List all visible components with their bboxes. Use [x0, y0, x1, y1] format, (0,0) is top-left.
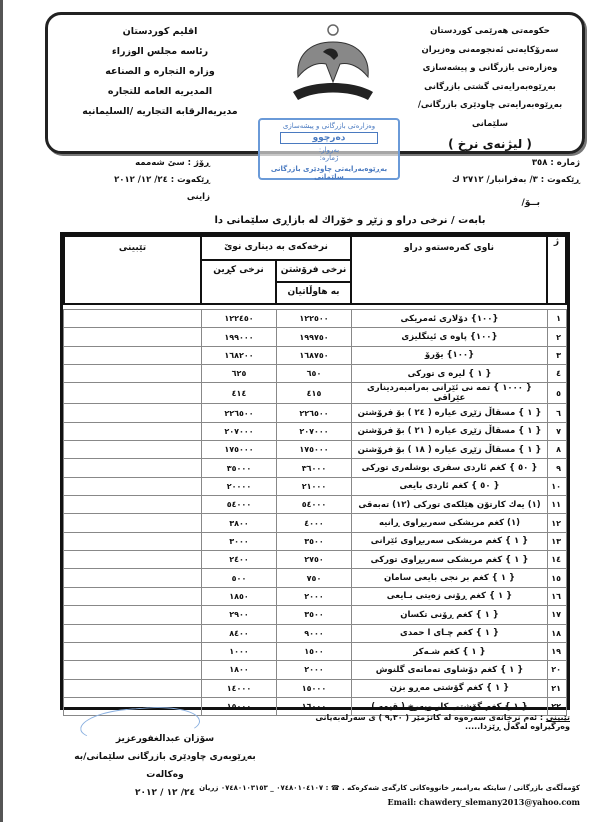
row-number: ١ — [548, 310, 567, 328]
row-note — [64, 365, 202, 383]
sell-price: ٣٥٠٠ — [277, 606, 352, 624]
sell-price: ٤٠٠٠ — [277, 514, 352, 532]
sell-price: ٢٢٦٥٠٠ — [277, 404, 352, 422]
buy-price: ٥٤٠٠٠ — [202, 496, 277, 514]
stamp-number-label: ژمارە: — [260, 154, 398, 162]
footnote: تێبینی : ئەم نرخانەی سەرەوە لە کاتژمێر (… — [280, 713, 570, 731]
table-row: ١٢(١) کغم مریشکی سەربڕاوی ڕانیە٤٠٠٠٣٨٠٠ — [64, 514, 567, 532]
item-name: {١٠٠} یۆرۆ — [352, 346, 548, 364]
sell-price: ٩٠٠٠ — [277, 624, 352, 642]
table-row: ٢١{ ١ } کغم گۆشتی مەڕو بزن١٥٠٠٠١٤٠٠٠ — [64, 679, 567, 697]
row-number: ٦ — [548, 404, 567, 422]
kurdish-date: ڕێکەوت : ٣/ بەفرانبار/ ٢٧١٢ ك — [400, 172, 580, 189]
table-row: ٢{١٠٠} پاوە ی ئینگلیزی١٩٩٧٥٠١٩٩٠٠٠ — [64, 328, 567, 346]
table-row: ١٠{ ٥٠ } کغم ئاردی بایعی٢١٠٠٠٢٠٠٠٠ — [64, 477, 567, 495]
sell-price: ٣٦٠٠٠ — [277, 459, 352, 477]
table-row: ١٦{ ١ } کغم ڕۆنی زەیتی بـایعی٢٠٠٠١٨٥٠ — [64, 587, 567, 605]
price-table-header: ژ ناوی کەرەستەو دراو نرخەکەی بە دیناری ن… — [63, 235, 567, 305]
buy-price: ١٦٨٢٠٠ — [202, 346, 277, 364]
sell-price: ١٦٨٧٥٠ — [277, 346, 352, 364]
row-number: ١٣ — [548, 532, 567, 550]
row-number: ٩ — [548, 459, 567, 477]
row-note — [64, 624, 202, 642]
buy-price: ١٢٢٤٥٠ — [202, 310, 277, 328]
sell-price: ١٩٩٧٥٠ — [277, 328, 352, 346]
buy-price: ١٤٠٠٠ — [202, 679, 277, 697]
row-note — [64, 569, 202, 587]
sell-price: ١٢٢٥٠٠ — [277, 310, 352, 328]
letterhead-line: حکومەتی هەرێمی کوردستان — [405, 22, 575, 41]
row-note — [64, 328, 202, 346]
row-number: ٢١ — [548, 679, 567, 697]
row-number: ٥ — [548, 383, 567, 404]
reference-block-right: ژمارە : ٣٥٨ ڕێکەوت : ٣/ بەفرانبار/ ٢٧١٢ … — [400, 155, 580, 189]
row-number: ١٩ — [548, 642, 567, 660]
item-name: { ١٠٠٠ } تمە نی ئێرانی بەرامبەردیناری عێ… — [352, 383, 548, 404]
table-row: ١١(١) یەك كارتۆن هێلکەی تورکی (١٢) تەبەق… — [64, 496, 567, 514]
price-table-body: ١{١٠٠} دۆلاری ئەمریکی١٢٢٥٠٠١٢٢٤٥٠٢{١٠٠} … — [63, 309, 567, 716]
table-row: ١٤{ ١ } کغم مریشکی سەربڕاوی تورکی٢٧٥٠٢٤٠… — [64, 551, 567, 569]
buy-price: ١٧٥٠٠٠ — [202, 441, 277, 459]
letterhead-line: وزاره التجاره و الصناعه — [80, 62, 240, 82]
header-note: تێبینی — [64, 236, 201, 304]
row-number: ١٢ — [548, 514, 567, 532]
table-row: ٨{ ١ } مسقاڵ زێڕی عیارە ( ١٨ ) بۆ فرۆشتن… — [64, 441, 567, 459]
sell-price: ٣٥٠٠ — [277, 532, 352, 550]
header-price-group: نرخەکەی بە دیناری نوێ — [201, 236, 351, 260]
table-row: ١٧{ ١ } کغم ڕۆنی تکسان٣٥٠٠٢٩٠٠ — [64, 606, 567, 624]
table-row: ٢٠{ ١ } کغم دۆشاوی تەماتەی گلنوش٢٠٠٠١٨٠٠ — [64, 661, 567, 679]
row-note — [64, 551, 202, 569]
addressee-line: بــۆ/ — [420, 198, 540, 208]
footnote-text: : ئەم نرخانەی سەرەوە لە کاتژمێر ( ٩,٣٠ )… — [315, 713, 570, 731]
row-number: ١١ — [548, 496, 567, 514]
item-name: { ١ } کغم بر نجی بایعی سامان — [352, 569, 548, 587]
subject-line: بابەت / نرخی دراو و زێڕ و خۆراك لە بازاڕ… — [150, 215, 550, 226]
item-name: (١) کغم مریشکی سەربڕاوی ڕانیە — [352, 514, 548, 532]
buy-price: ٣٥٠٠٠ — [202, 459, 277, 477]
row-note — [64, 441, 202, 459]
letterhead-arabic: اقليم كوردستان رئاسه مجلس الوزراء وزاره … — [80, 22, 240, 122]
buy-price: ١٩٩٠٠٠ — [202, 328, 277, 346]
sell-price: ٢٠٠٠ — [277, 661, 352, 679]
row-number: ٧ — [548, 422, 567, 440]
table-row: ٣{١٠٠} یۆرۆ١٦٨٧٥٠١٦٨٢٠٠ — [64, 346, 567, 364]
buy-price: ٢٩٠٠ — [202, 606, 277, 624]
footer-address: کۆمەڵگەی بازرگانی / سایتکە بەرامبەر خانو… — [250, 784, 580, 792]
buy-price: ١٨٠٠ — [202, 661, 277, 679]
row-number: ١٠ — [548, 477, 567, 495]
row-note — [64, 310, 202, 328]
row-note — [64, 514, 202, 532]
header-buy-price: نرخی کڕین — [201, 260, 276, 304]
buy-price: ٢٠٠٠٠ — [202, 477, 277, 495]
sell-price: ١٧٥٠٠٠ — [277, 441, 352, 459]
table-row: ٧{ ١ } مسقاڵ زێڕی عیارە ( ٢١ ) بۆ فرۆشتن… — [64, 422, 567, 440]
sell-price: ٢٠٠٠ — [277, 587, 352, 605]
sell-price: ٦٥٠ — [277, 365, 352, 383]
item-name: { ١ } مسقاڵ زێڕی عیارە ( ٢٤ ) بۆ فرۆشتن — [352, 404, 548, 422]
reference-number: ژمارە : ٣٥٨ — [400, 155, 580, 172]
kurdistan-emblem-icon — [288, 22, 378, 102]
buy-price: ٢٢٦٥٠٠ — [202, 404, 277, 422]
letterhead-line: وەزارەتی بازرگانی و پیشەسازی — [405, 59, 575, 78]
row-note — [64, 679, 202, 697]
stamp-top: وەزارەتی بازرگانی و پیشەسازی — [260, 122, 398, 130]
buy-price: ٦٢٥ — [202, 365, 277, 383]
table-row: ٦{ ١ } مسقاڵ زێڕی عیارە ( ٢٤ ) بۆ فرۆشتن… — [64, 404, 567, 422]
row-number: ٢ — [548, 328, 567, 346]
item-name: {١٠٠} دۆلاری ئەمریکی — [352, 310, 548, 328]
row-number: ٢٠ — [548, 661, 567, 679]
row-note — [64, 383, 202, 404]
header-item-name: ناوی کەرەستەو دراو — [351, 236, 547, 304]
signatory-title: بەڕێوبەری چاودێری بازرگانی سلێمانی/بە وە… — [55, 748, 275, 784]
day-of-week: ڕۆژ : سێ شەممە — [100, 155, 210, 172]
letterhead-line: اقليم كوردستان — [80, 22, 240, 42]
row-number: ٤ — [548, 365, 567, 383]
letterhead-line: سەرۆکایەتی ئەنجومەنی وەزیران — [405, 41, 575, 60]
gregorian-date: ڕێکەوت : ٢٤/ ١٢/ ٢٠١٢ زاینی — [100, 172, 210, 206]
row-number: ٣ — [548, 346, 567, 364]
item-name: { ١ } لیرە ی تورکی — [352, 365, 548, 383]
letterhead-line: رئاسه مجلس الوزراء — [80, 42, 240, 62]
item-name: { ١ } کغم ڕۆنی تکسان — [352, 606, 548, 624]
buy-price: ٨٤٠٠ — [202, 624, 277, 642]
price-table: ژ ناوی کەرەستەو دراو نرخەکەی بە دیناری ن… — [60, 232, 570, 710]
row-note — [64, 587, 202, 605]
row-note — [64, 404, 202, 422]
item-name: { ١ } کغم ڕۆنی زەیتی بـایعی — [352, 587, 548, 605]
row-note — [64, 642, 202, 660]
sell-price: ٥٤٠٠٠ — [277, 496, 352, 514]
sell-price: ٢١٠٠٠ — [277, 477, 352, 495]
sell-price: ١٥٠٠٠ — [277, 679, 352, 697]
table-row: ١٨{ ١ } کغم چـای ا حمدی٩٠٠٠٨٤٠٠ — [64, 624, 567, 642]
footnote-label: تێبینی — [546, 713, 570, 722]
letterhead-line: بەڕێوەبەرایەتی چاودێری بازرگانی/ سلێمانی — [405, 96, 575, 133]
row-number: ١٦ — [548, 587, 567, 605]
table-row: ١٥{ ١ } کغم بر نجی بایعی سامان٧٥٠٥٠٠ — [64, 569, 567, 587]
stamp-title: دەرچوو — [280, 132, 378, 144]
letterhead-line: مديريه‌الرقابه التجاريه /السليمانيه — [80, 102, 240, 122]
sell-price: ٧٥٠ — [277, 569, 352, 587]
row-number: ١٧ — [548, 606, 567, 624]
sell-price: ١٥٠٠ — [277, 642, 352, 660]
item-name: { ١ } مسقاڵ زێڕی عیارە ( ٢١ ) بۆ فرۆشتن — [352, 422, 548, 440]
signatory-name: سۆزان عبدالغفورعزیز — [55, 730, 275, 748]
buy-price: ٤١٤ — [202, 383, 277, 404]
item-name: { ١ } کغم مریشکی سەربڕاوی تورکی — [352, 551, 548, 569]
table-row: ١٣{ ١ } کغم مریشکی سەربڕاوی ئێرانی٣٥٠٠٣٠… — [64, 532, 567, 550]
sell-price: ٢٠٧٠٠٠ — [277, 422, 352, 440]
row-note — [64, 532, 202, 550]
item-name: { ١ } کغم دۆشاوی تەماتەی گلنوش — [352, 661, 548, 679]
sell-price: ٢٧٥٠ — [277, 551, 352, 569]
item-name: { ١ } کغم چـای ا حمدی — [352, 624, 548, 642]
item-name: { ٥٠ } کغم ئاردی بایعی — [352, 477, 548, 495]
letterhead-kurdish: حکومەتی هەرێمی کوردستان سەرۆکایەتی ئەنجو… — [405, 22, 575, 154]
row-note — [64, 661, 202, 679]
stamp-footer: بەڕێوەبەرایەتی چاودێری بازرگانی سلێمانی — [260, 165, 398, 181]
sell-price: ٤١٥ — [277, 383, 352, 404]
buy-price: ٣٨٠٠ — [202, 514, 277, 532]
buy-price: ٣٠٠٠ — [202, 532, 277, 550]
buy-price: ٢٠٧٠٠٠ — [202, 422, 277, 440]
row-note — [64, 606, 202, 624]
letterhead-line: المديريه العامه للتجاره — [80, 82, 240, 102]
buy-price: ٢٤٠٠ — [202, 551, 277, 569]
item-name: { ١ } کغم شـەکر — [352, 642, 548, 660]
row-note — [64, 477, 202, 495]
item-name: (١) یەك كارتۆن هێلکەی تورکی (١٢) تەبەقی — [352, 496, 548, 514]
item-name: { ٥٠ } کغم ئاردی سفری بوشلەری تورکی — [352, 459, 548, 477]
item-name: { ١ } مسقاڵ زێڕی عیارە ( ١٨ ) بۆ فرۆشتن — [352, 441, 548, 459]
item-name: { ١ } کغم گۆشتی مەڕو بزن — [352, 679, 548, 697]
letterhead-line: بەڕێوەبەرایەتی گشتی بازرگانی — [405, 78, 575, 97]
buy-price: ١٠٠٠ — [202, 642, 277, 660]
row-note — [64, 422, 202, 440]
date-block-left: ڕۆژ : سێ شەممە ڕێکەوت : ٢٤/ ١٢/ ٢٠١٢ زای… — [100, 155, 210, 206]
committee-title: ( لیژنەی نرخ ) — [405, 135, 575, 154]
item-name: { ١ } کغم مریشکی سەربڕاوی ئێرانی — [352, 532, 548, 550]
row-number: ٨ — [548, 441, 567, 459]
table-row: ٩{ ٥٠ } کغم ئاردی سفری بوشلەری تورکی٣٦٠٠… — [64, 459, 567, 477]
row-number: ١٨ — [548, 624, 567, 642]
row-note — [64, 346, 202, 364]
item-name: {١٠٠} پاوە ی ئینگلیزی — [352, 328, 548, 346]
table-row: ١{١٠٠} دۆلاری ئەمریکی١٢٢٥٠٠١٢٢٤٥٠ — [64, 310, 567, 328]
row-note — [64, 496, 202, 514]
footer-email: Email: chawdery_slemany2013@yahoo.com — [380, 797, 580, 807]
buy-price: ١٥٠٠٠ — [202, 697, 277, 715]
buy-price: ١٨٥٠ — [202, 587, 277, 605]
row-number: ١٤ — [548, 551, 567, 569]
page-edge — [0, 0, 3, 822]
table-row: ٥{ ١٠٠٠ } تمە نی ئێرانی بەرامبەردیناری ع… — [64, 383, 567, 404]
row-note — [64, 459, 202, 477]
header-sell-price: نرخی فرۆشتن — [276, 260, 351, 282]
table-row: ١٩{ ١ } کغم شـەکر١٥٠٠١٠٠٠ — [64, 642, 567, 660]
header-sell-subtitle: بە هاوڵاتیان — [276, 282, 351, 304]
outgoing-stamp: وەزارەتی بازرگانی و پیشەسازی دەرچوو بەرو… — [258, 118, 400, 180]
table-row: ٤{ ١ } لیرە ی تورکی٦٥٠٦٢٥ — [64, 365, 567, 383]
stamp-date-label: بەروار: — [260, 146, 398, 154]
buy-price: ٥٠٠ — [202, 569, 277, 587]
row-number: ١٥ — [548, 569, 567, 587]
header-number: ژ — [547, 236, 566, 304]
